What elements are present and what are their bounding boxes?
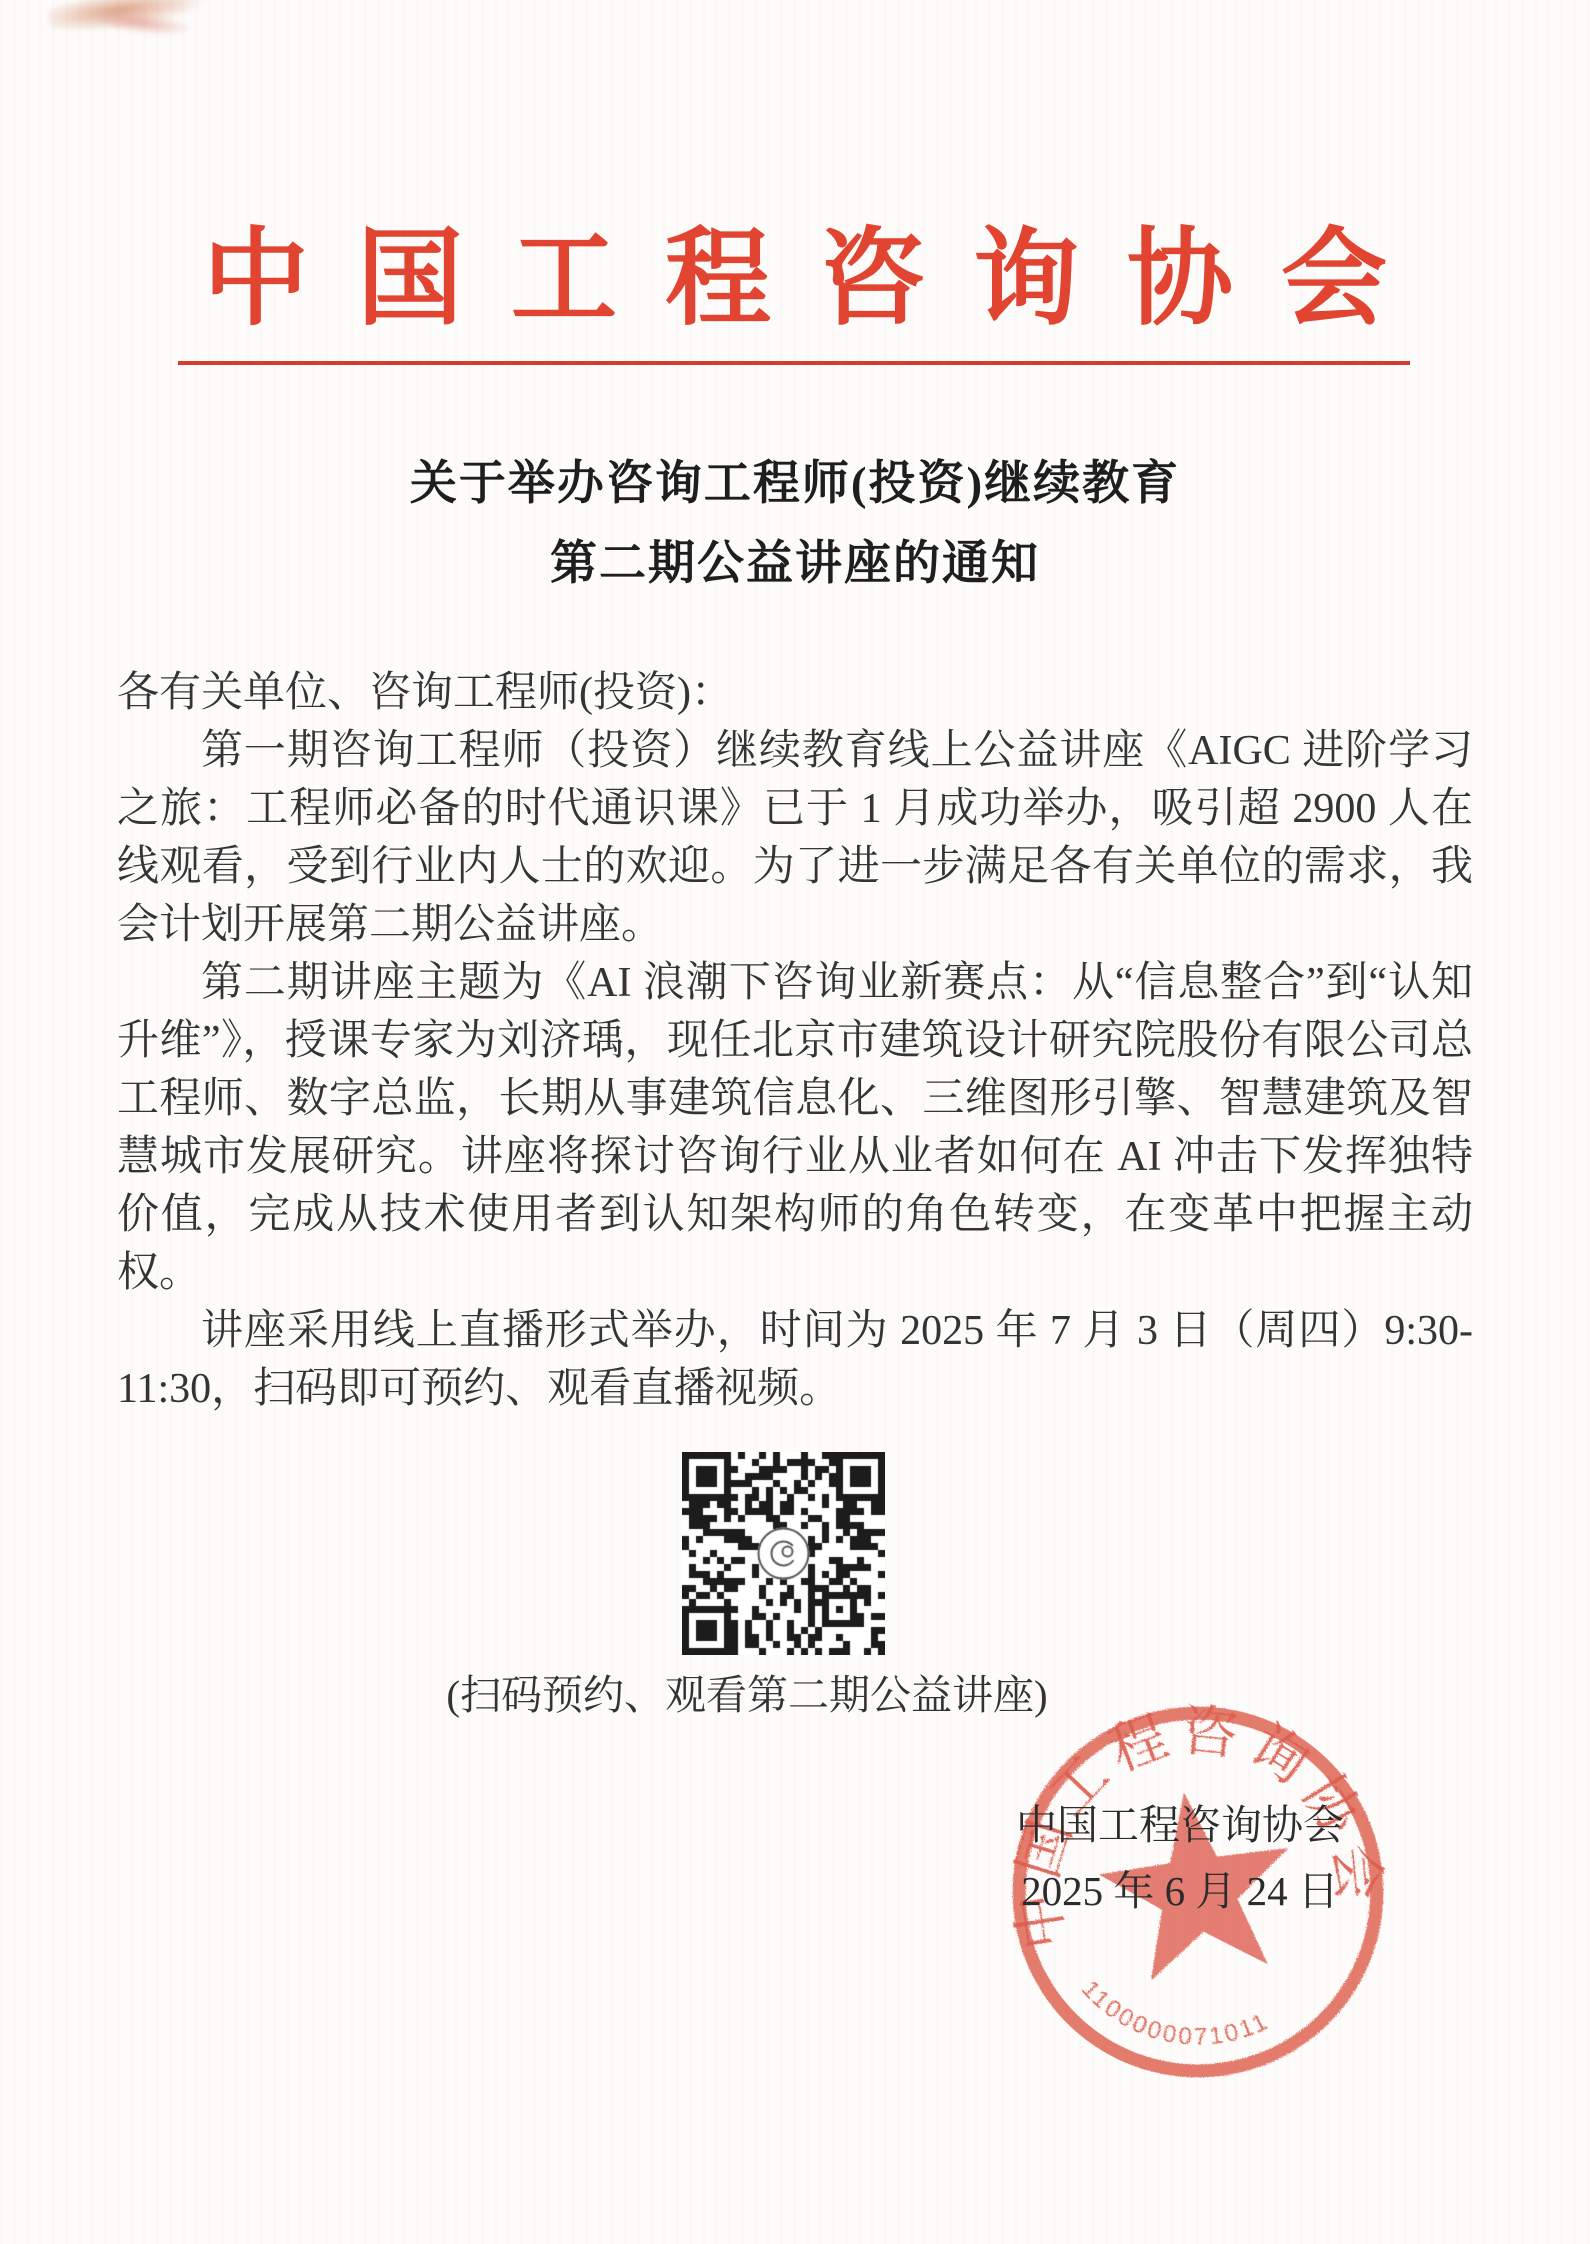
signature-block: 中国工程咨询协会 2025 年 6 月 24 日 — [1012, 1792, 1348, 1924]
salutation: 各有关单位、咨询工程师(投资)： — [117, 664, 1473, 722]
document-page: 中国工程咨询协会 关于举办咨询工程师(投资)继续教育 第二期公益讲座的通知 各有… — [0, 0, 1590, 2244]
notice-title-line-2: 第二期公益讲座的通知 — [0, 524, 1590, 604]
qr-code-block — [0, 1452, 1590, 1655]
notice-title: 关于举办咨询工程师(投资)继续教育 第二期公益讲座的通知 — [0, 444, 1590, 604]
body-paragraph: 第二期讲座主题为《AI 浪潮下咨询业新赛点：从“信息整合”到“认知升维”》，授课… — [117, 954, 1473, 1302]
notice-title-line-1: 关于举办咨询工程师(投资)继续教育 — [0, 444, 1590, 524]
body-paragraph: 第一期咨询工程师（投资）继续教育线上公益讲座《AIGC 进阶学习之旅：工程师必备… — [117, 722, 1473, 954]
qr-code-icon — [682, 1452, 885, 1655]
notice-body: 各有关单位、咨询工程师(投资)： 第一期咨询工程师（投资）继续教育线上公益讲座《… — [117, 664, 1473, 1418]
body-paragraph: 讲座采用线上直播形式举办，时间为 2025 年 7 月 3 日（周四）9:30-… — [117, 1302, 1473, 1418]
letterhead-org-name: 中国工程咨询协会 — [0, 204, 1590, 354]
signature-date: 2025 年 6 月 24 日 — [1012, 1858, 1348, 1924]
letterhead-divider-rule — [178, 361, 1410, 365]
signature-org: 中国工程咨询协会 — [1012, 1792, 1348, 1858]
